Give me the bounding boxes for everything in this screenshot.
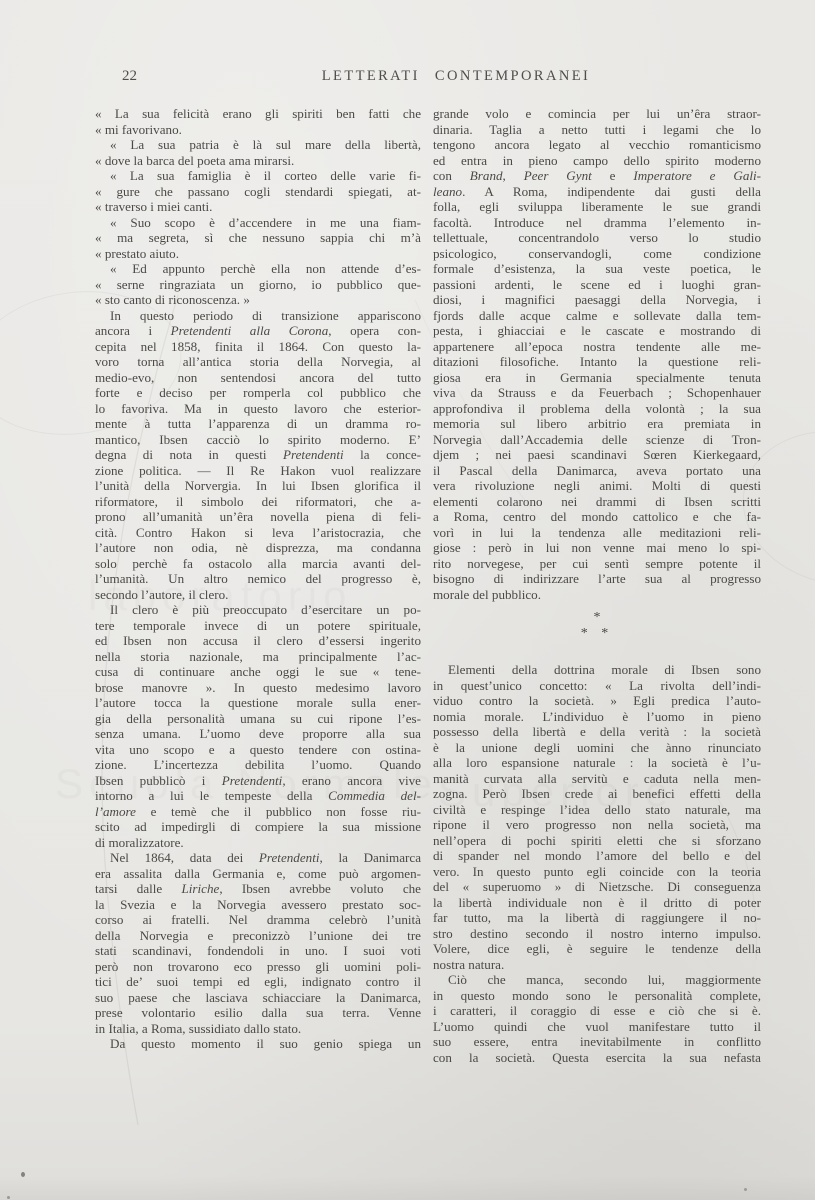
text-line: riformatore, il simbolo dei riformatori,… <box>95 494 421 510</box>
text-line: fjords dalle acque calme e sollevate dal… <box>433 308 761 324</box>
text-line: gia della personalità umana su cui ripon… <box>95 711 421 727</box>
text-line: l’autore non odia, nè disprezza, ma cond… <box>95 540 421 556</box>
text-line: nomia morale. L’individuo è l’uomo in pi… <box>433 709 761 725</box>
ink-speck <box>7 1196 10 1199</box>
text-line: « Suo scopo è d’accendere in me una fiam… <box>95 215 421 231</box>
text-line: nella storia nazionale, ma principalment… <box>95 649 421 665</box>
text-line: « serne ringraziata un giorno, io pubbli… <box>95 277 421 293</box>
text-line: cepita nel 1858, finita il 1864. Con que… <box>95 339 421 355</box>
text-line: Ciò che manca, secondo lui, maggiormente <box>433 972 761 988</box>
text-line: l’umanità. Un altro nemico del progresso… <box>95 571 421 587</box>
page-number: 22 <box>122 68 137 85</box>
text-line: dinaria. Taglia a netto tutti i legami c… <box>433 122 761 138</box>
right-text-column: grande volo e comincia per lui un’êra st… <box>433 106 761 1065</box>
text-line: appartenere all’epoca nostra tendente al… <box>433 339 761 355</box>
text-line: del « superuomo » di Nietzsche. Di conse… <box>433 879 761 895</box>
text-line: passioni ardenti, le scene ed i luoghi g… <box>433 277 761 293</box>
text-line: suo essere, entra inevitabilmente in con… <box>433 1034 761 1050</box>
left-text-column: « La sua felicità erano gli spiriti ben … <box>95 106 421 1052</box>
text-line: in quest’unico concetto: « La rivolta de… <box>433 678 761 694</box>
text-line: « La sua famiglia è il corteo delle vari… <box>95 168 421 184</box>
text-line: cusa di continuare anche oggi le sue « t… <box>95 664 421 680</box>
text-line: pesta, i ghiacciai e le cascate e mostra… <box>433 323 761 339</box>
text-line: l’unità della Norvergia. In lui Ibsen gl… <box>95 478 421 494</box>
text-line: elementi colarono nei drammi di Ibsen sc… <box>433 494 761 510</box>
text-line: lo favoriva. Ma in questo lavoro che est… <box>95 401 421 417</box>
text-line: leano. A Roma, indipendente dai gusti de… <box>433 184 761 200</box>
text-line: « ma segreta, sì che nessuno sappia chi … <box>95 230 421 246</box>
text-line: a Roma, centro del mondo cattolico e che… <box>433 509 761 525</box>
text-line: però non trovarono eco presso gli uomini… <box>95 959 421 975</box>
text-line: Da questo momento il suo genio spiega un <box>95 1036 421 1052</box>
text-line: viduo contro la società. » Egli predica … <box>433 693 761 709</box>
text-line: bisogno di indirizzare l’arte sua al pro… <box>433 571 761 587</box>
text-line: approfondiva il problema della volontà ;… <box>433 401 761 417</box>
text-line: suo paese che lasciava schiacciare la Da… <box>95 990 421 1006</box>
text-line: facoltà. Introduce nel dramma l’elemento… <box>433 215 761 231</box>
text-line: è la unione degli uomini che ànno rinunc… <box>433 740 761 756</box>
text-line: in questo mondo sono le personalità comp… <box>433 988 761 1004</box>
text-line: brose manovre ». In questo medesimo lavo… <box>95 680 421 696</box>
text-line: ed entra in pieno campo dello spirito mo… <box>433 153 761 169</box>
text-line: morale del pubblico. <box>433 587 761 603</box>
text-line: stati scandinavi, fondendoli in uno. I s… <box>95 943 421 959</box>
text-line: Norvegia dall’Accademia delle scienze di… <box>433 432 761 448</box>
text-line: « dove la barca del poeta ama mirarsi. <box>95 153 421 169</box>
text-line: « La sua patria è là sul mare della libe… <box>95 137 421 153</box>
text-line: possesso della libertà e della verità : … <box>433 724 761 740</box>
text-line: rito norvegese, per cui sentì sempre pot… <box>433 556 761 572</box>
text-line: zogna. Però Ibsen crede ai benefici effe… <box>433 786 761 802</box>
text-line: il Pascal della Danimarca, aveva portato… <box>433 463 761 479</box>
text-line: memoria sul libero arbitrio era premiata… <box>433 416 761 432</box>
text-line: formale d’esistenza, la sua veste poetic… <box>433 261 761 277</box>
text-line: era assalita dalla Germania e, come può … <box>95 866 421 882</box>
text-line: della Norvegia e preconizzò l’unione dei… <box>95 928 421 944</box>
text-line: intorno a lui le tempeste della Commedia… <box>95 788 421 804</box>
ink-speck <box>744 1188 747 1191</box>
text-line: « mi favorivano. <box>95 122 421 138</box>
text-line: zione. L’incertezza debilita l’uomo. Qua… <box>95 757 421 773</box>
text-line: « traverso i miei canti. <box>95 199 421 215</box>
text-line: tere temporale invece di un potere spiri… <box>95 618 421 634</box>
text-line: la libertà individuale non è il dritto d… <box>433 895 761 911</box>
text-line: « gure che passano cogli stendardi spieg… <box>95 184 421 200</box>
text-line: vero. In questo punto egli coincide con … <box>433 864 761 880</box>
text-line: « Ed appunto perchè ella non attende d’e… <box>95 261 421 277</box>
text-line: medio-evo, non sentendosi ancora del tut… <box>95 370 421 386</box>
text-line: diosi, i magnifici paesaggi della Norveg… <box>433 292 761 308</box>
text-line: viva da Strauss e da Feuerbach ; Schopen… <box>433 385 761 401</box>
text-line: giose : però in lui non venne mai meno l… <box>433 540 761 556</box>
text-line: tici de’ suoi tempi ed egli, indignato c… <box>95 974 421 990</box>
ink-speck <box>21 1172 25 1177</box>
text-line: far tutto, ma la libertà di raggiungere … <box>433 910 761 926</box>
text-line: i caratteri, il coraggio di esse e ciò c… <box>433 1003 761 1019</box>
text-line: Nel 1864, data dei Pretendenti, la Danim… <box>95 850 421 866</box>
text-line: L’uomo quindi che vuol manifestare tutto… <box>433 1019 761 1035</box>
text-line: vera rivoluzione negli animi. Molti di q… <box>433 478 761 494</box>
text-line: mente à tutta l’apparenza di un dramma r… <box>95 416 421 432</box>
text-line: mantico, Ibsen cacciò lo spirito moderno… <box>95 432 421 448</box>
text-line: Ibsen pubblicò i Pretendenti, erano anco… <box>95 773 421 789</box>
text-line: scito ad impedirgli di compiere la sua m… <box>95 819 421 835</box>
text-line: vorì in lui la tendenza alle meditazioni… <box>433 525 761 541</box>
text-line: cità. Contro Hakon si leva l’aristocrazi… <box>95 525 421 541</box>
text-line: psicologico, conservandogli, come condiz… <box>433 246 761 262</box>
text-line: ripone il vero progresso non nella socie… <box>433 817 761 833</box>
text-line: con la società. Questa esercita la sua n… <box>433 1050 761 1066</box>
text-line: di spander nel mondo l’amore del bello e… <box>433 848 761 864</box>
text-line: prono all’umanità un’êra novella piena d… <box>95 509 421 525</box>
text-line: In questo periodo di transizione apparis… <box>95 308 421 324</box>
text-line: corso ai fratelli. Nel dramma celebrò l’… <box>95 912 421 928</box>
text-line: vita uno scopo e a questo tendere con os… <box>95 742 421 758</box>
text-line: giosa era in Germania specialmente tenut… <box>433 370 761 386</box>
text-line: forte e deciso per romperla col pubblico… <box>95 385 421 401</box>
text-line: tellettuale, concentrandolo verso lo stu… <box>433 230 761 246</box>
text-line: l’amore e temè che il pubblico non fosse… <box>95 804 421 820</box>
text-line: civiltà e respinge l’idea dello stato na… <box>433 802 761 818</box>
text-line: alla loro espansione naturale : la socie… <box>433 755 761 771</box>
text-line: secondo l’autore, il clero. <box>95 587 421 603</box>
page-header: 22 LETTERATI CONTEMPORANEI <box>0 68 815 90</box>
text-line: solo perchè fa ostacolo alla marcia avan… <box>95 556 421 572</box>
text-line: Il clero è più preoccupato d’esercitare … <box>95 602 421 618</box>
text-line: stro destino secondo il nostro interno i… <box>433 926 761 942</box>
text-line: di moralizzatore. <box>95 835 421 851</box>
text-line: degna di nota in questi Pretendenti la c… <box>95 447 421 463</box>
text-line: manità curvata alla servitù e caduta nel… <box>433 771 761 787</box>
text-line: in Italia, a Roma, sussidiato dallo stat… <box>95 1021 421 1037</box>
text-line: tarsi dalle Liriche, Ibsen avrebbe volut… <box>95 881 421 897</box>
text-line: ditazioni filosofiche. Intanto la questi… <box>433 354 761 370</box>
text-line: con Brand, Peer Gynt e Imperatore e Gali… <box>433 168 761 184</box>
text-line: ancora i Pretendenti alla Corona, opera … <box>95 323 421 339</box>
text-line: la Svezia e la Norvegia avessero prestat… <box>95 897 421 913</box>
text-line: djem ; nei paesi scandinavi Sœren Kierke… <box>433 447 761 463</box>
text-line: nostra natura. <box>433 957 761 973</box>
running-title: LETTERATI CONTEMPORANEI <box>322 68 590 85</box>
text-line: voro torna all’antica storia della Norve… <box>95 354 421 370</box>
text-line: nell’opera di pochi spiriti eletti che s… <box>433 833 761 849</box>
text-line: ed Ibsen non accusa il clero d’essersi i… <box>95 633 421 649</box>
text-line: Volere, dice egli, è seguire le tendenze… <box>433 941 761 957</box>
text-line: folla, egli sviluppa liberamente le sue … <box>433 199 761 215</box>
section-break-asterisks: ** * <box>433 602 761 662</box>
text-line: zione politica. — Il Re Hakon vuol reali… <box>95 463 421 479</box>
scanned-book-page: laboratorio Scuola Normale Superiore 22 … <box>0 0 815 1200</box>
text-line: senza umana. L’uomo deve proporre alla s… <box>95 726 421 742</box>
text-line: « prestato aiuto. <box>95 246 421 262</box>
text-line: prese volontario esilio dalla sua terra.… <box>95 1005 421 1021</box>
text-line: Elementi della dottrina morale di Ibsen … <box>433 662 761 678</box>
text-line: l’autore tocca la questione morale sulla… <box>95 695 421 711</box>
text-line: tengono ancora legato al vecchio romanti… <box>433 137 761 153</box>
text-line: grande volo e comincia per lui un’êra st… <box>433 106 761 122</box>
text-line: « sto canto di riconoscenza. » <box>95 292 421 308</box>
text-line: « La sua felicità erano gli spiriti ben … <box>95 106 421 122</box>
